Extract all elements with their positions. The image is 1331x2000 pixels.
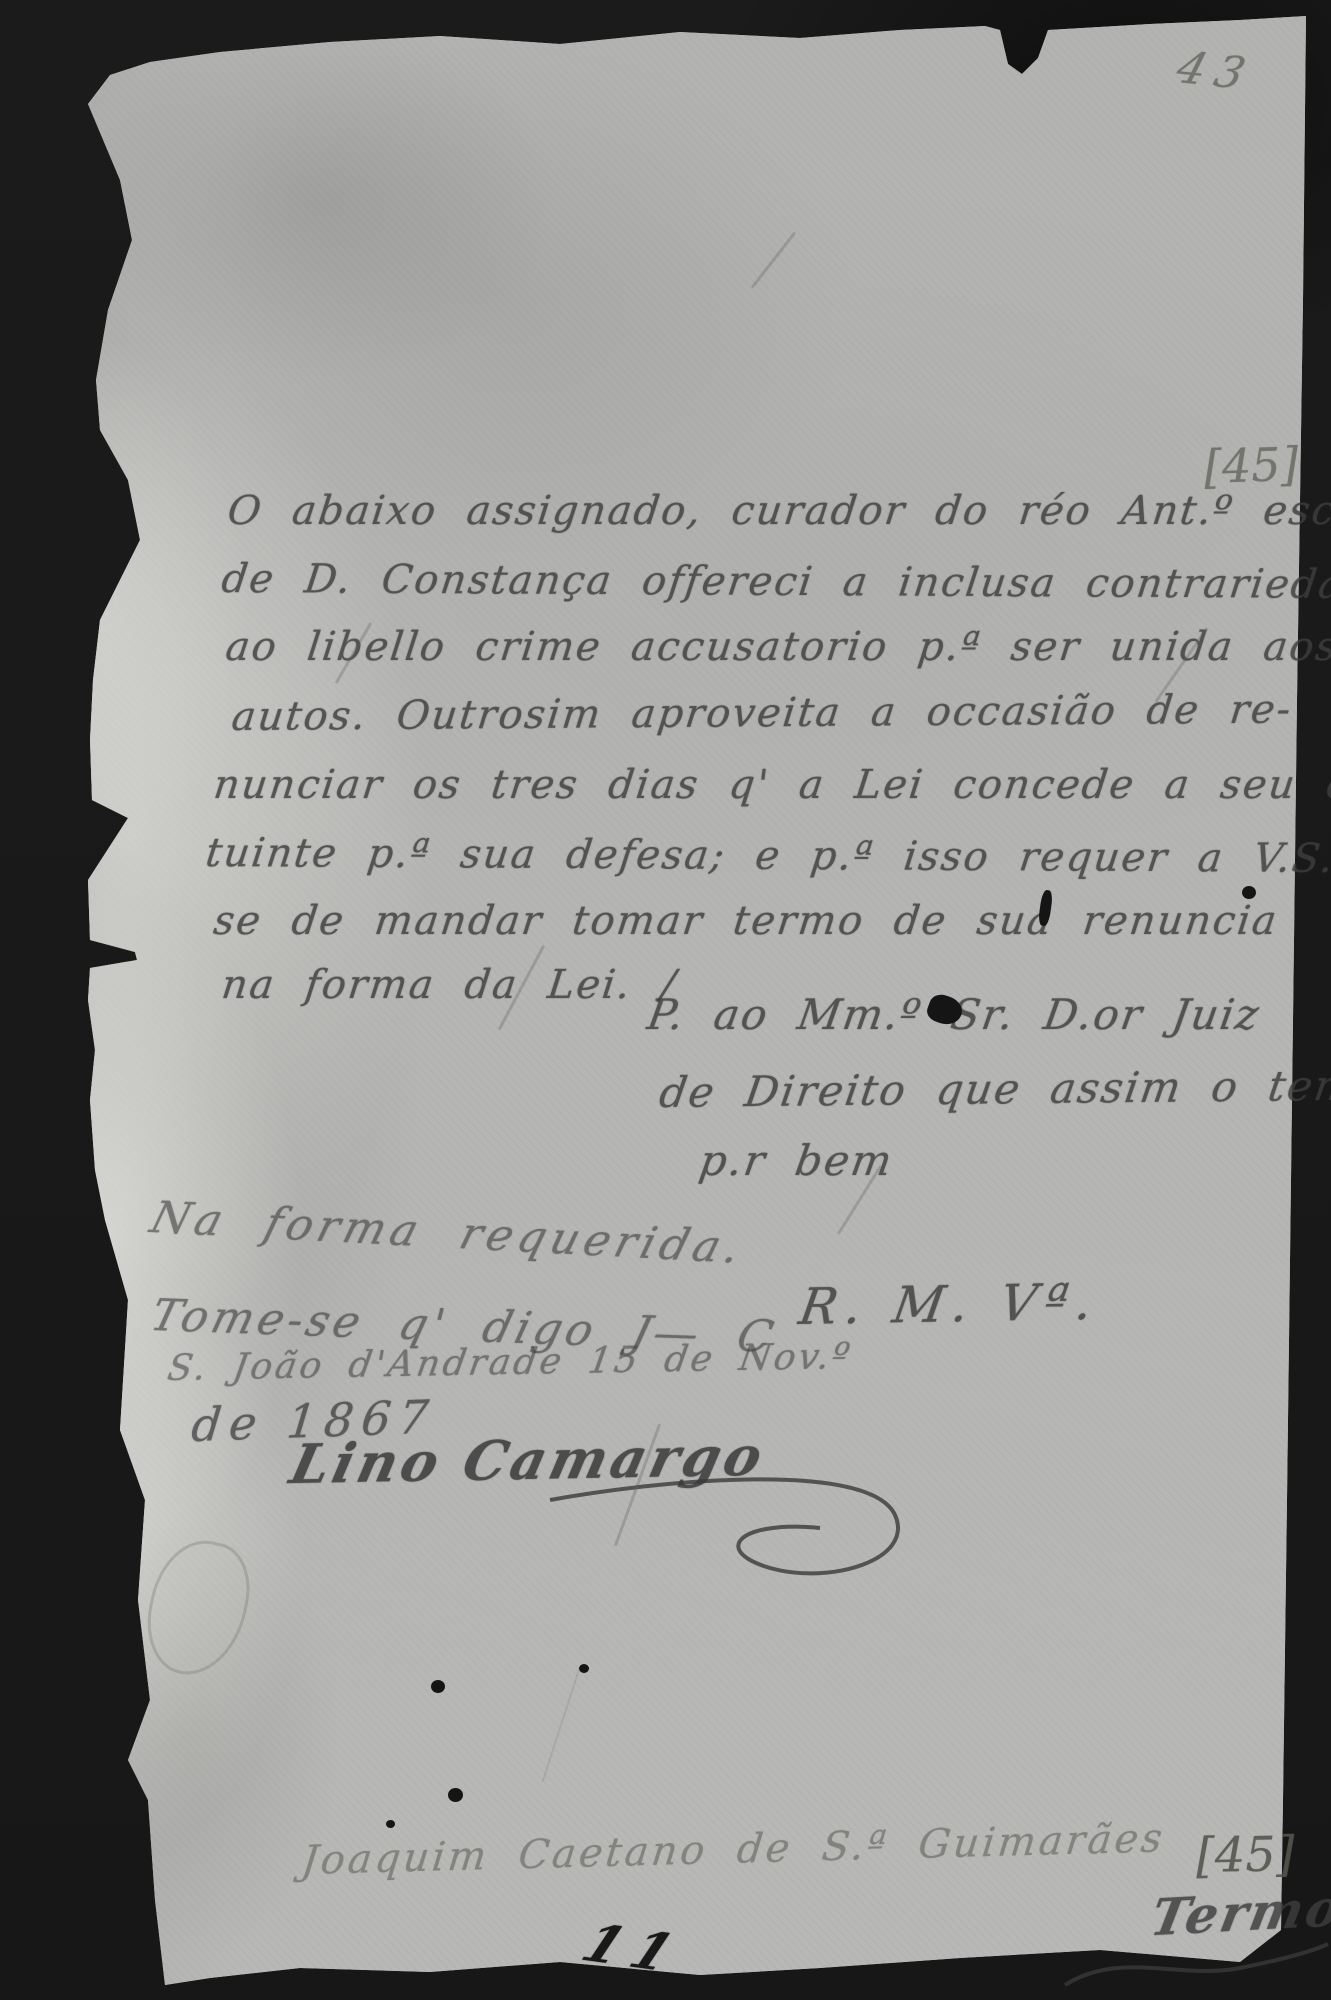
termo-underline-flourish	[1060, 1930, 1331, 2000]
folio-mark-top: [45]	[1203, 437, 1299, 494]
ink-dot	[431, 1680, 445, 1693]
petition-line: O abaixo assignado, curador do réo Ant.º…	[225, 488, 1331, 534]
page-number: 43	[1171, 43, 1261, 101]
petition-line: autos. Outrosim aproveita a occasião de …	[229, 687, 1295, 740]
folio-mark-bottom: [45]	[1196, 1826, 1295, 1884]
petition-line: de D. Constança offereci a inclusa contr…	[219, 556, 1331, 608]
petition-line: ao libello crime accusatorio p.ª ser uni…	[223, 624, 1331, 670]
judge-rubric: R. M. Vª.	[795, 1273, 1104, 1336]
ink-dot	[1242, 886, 1256, 899]
ink-dot	[579, 1664, 589, 1673]
petition-line: tuinte p.ª sua defesa; e p.ª isso requer…	[203, 830, 1331, 883]
ink-dot	[448, 1788, 463, 1802]
document-scan: 43 [45] O abaixo assignado, curador do r…	[0, 0, 1331, 2000]
petition-line: na forma da Lei. /	[219, 962, 680, 1008]
ink-dot	[386, 1820, 395, 1828]
signature-flourish	[540, 1480, 940, 1600]
petition-line: se de mandar tomar termo de sua renuncia	[211, 898, 1281, 944]
closing-line: p.r bem	[696, 1136, 897, 1185]
closing-line: de Direito que assim o tenha	[656, 1060, 1331, 1117]
petition-line: nunciar os tres dias q' a Lei concede a …	[211, 762, 1331, 808]
